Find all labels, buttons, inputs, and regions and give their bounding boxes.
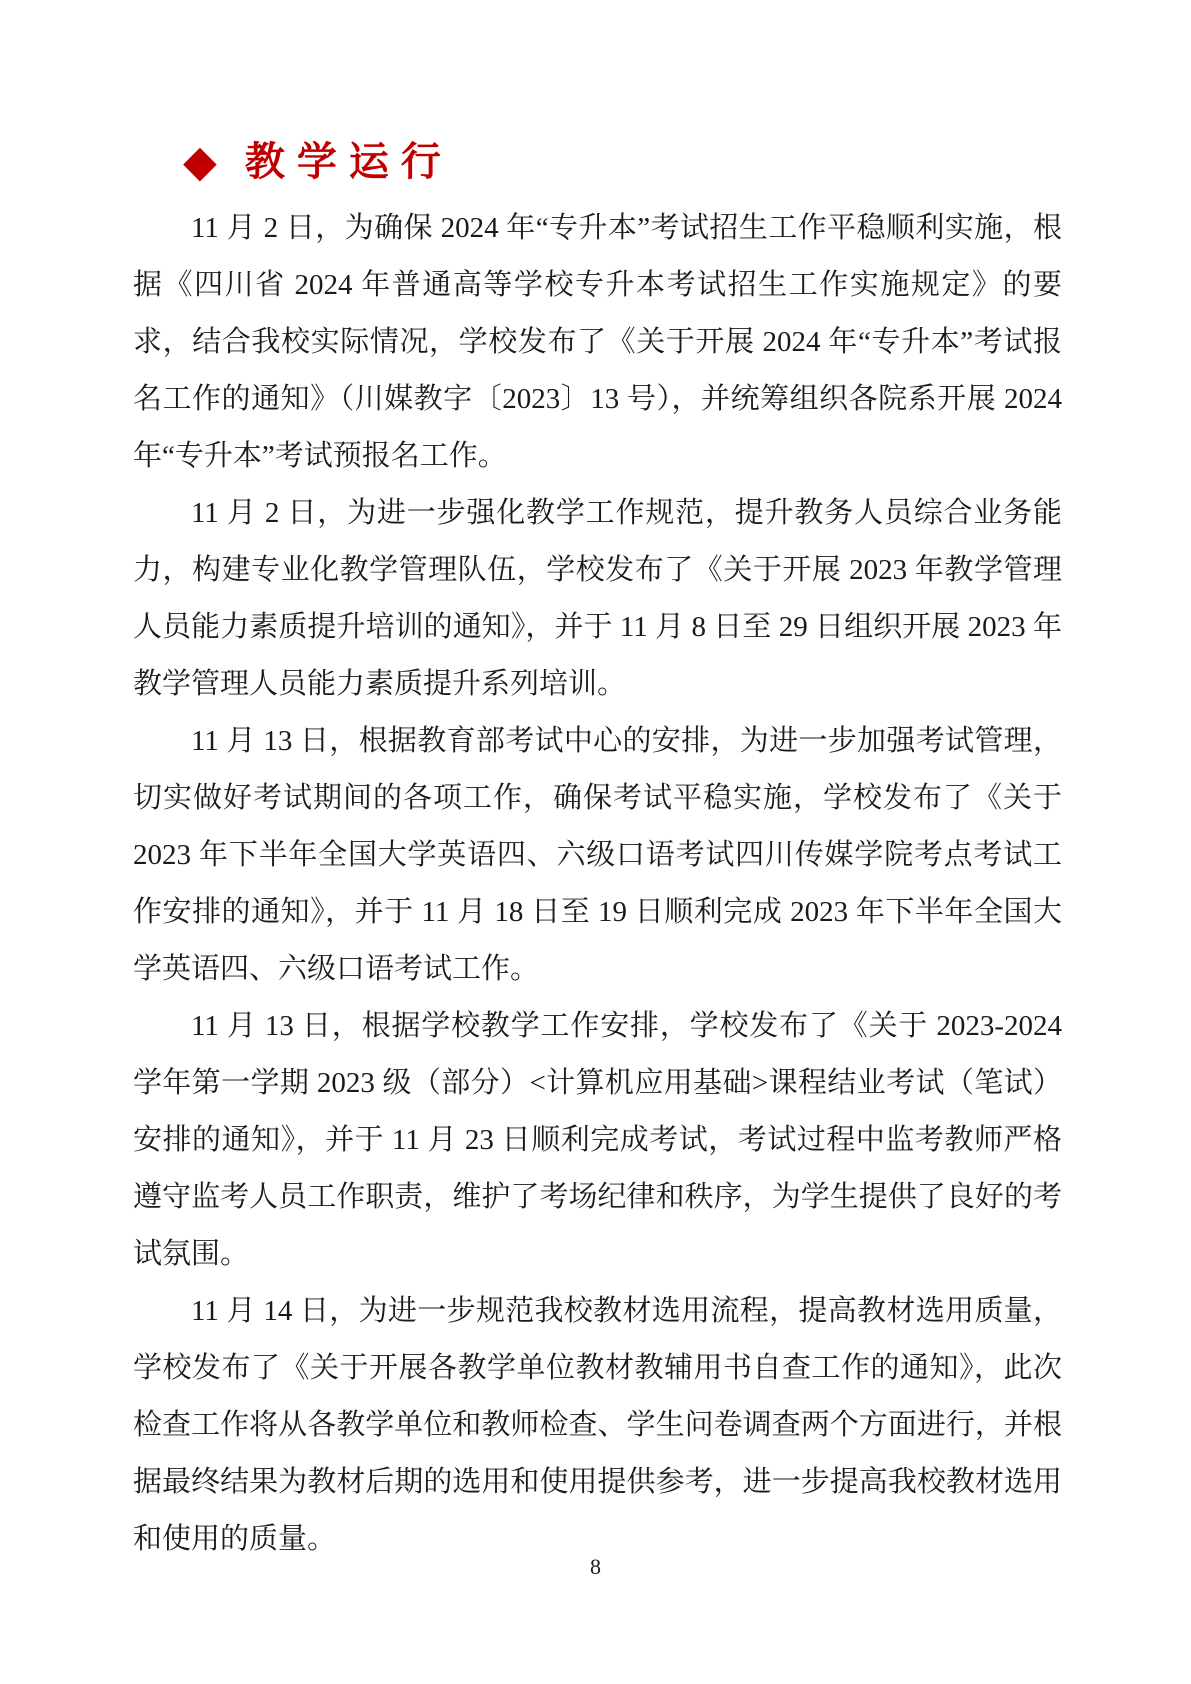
paragraph-1: 11 月 2 日，为确保 2024 年“专升本”考试招生工作平稳顺利实施，根据《… (133, 200, 1062, 485)
document-page: ◆ 教学运行 11 月 2 日，为确保 2024 年“专升本”考试招生工作平稳顺… (0, 0, 1191, 1684)
page-content: ◆ 教学运行 11 月 2 日，为确保 2024 年“专升本”考试招生工作平稳顺… (133, 136, 1062, 1568)
section-heading: ◆ 教学运行 (183, 136, 1062, 188)
section-title: 教学运行 (245, 140, 453, 184)
paragraph-4: 11 月 13 日，根据学校教学工作安排，学校发布了《关于 2023-2024 … (133, 998, 1062, 1283)
page-number: 8 (0, 1554, 1191, 1580)
diamond-bullet-icon: ◆ (183, 140, 217, 184)
paragraph-5: 11 月 14 日，为进一步规范我校教材选用流程，提高教材选用质量，学校发布了《… (133, 1283, 1062, 1568)
paragraph-3: 11 月 13 日，根据教育部考试中心的安排，为进一步加强考试管理，切实做好考试… (133, 713, 1062, 998)
paragraph-2: 11 月 2 日，为进一步强化教学工作规范，提升教务人员综合业务能力，构建专业化… (133, 485, 1062, 713)
